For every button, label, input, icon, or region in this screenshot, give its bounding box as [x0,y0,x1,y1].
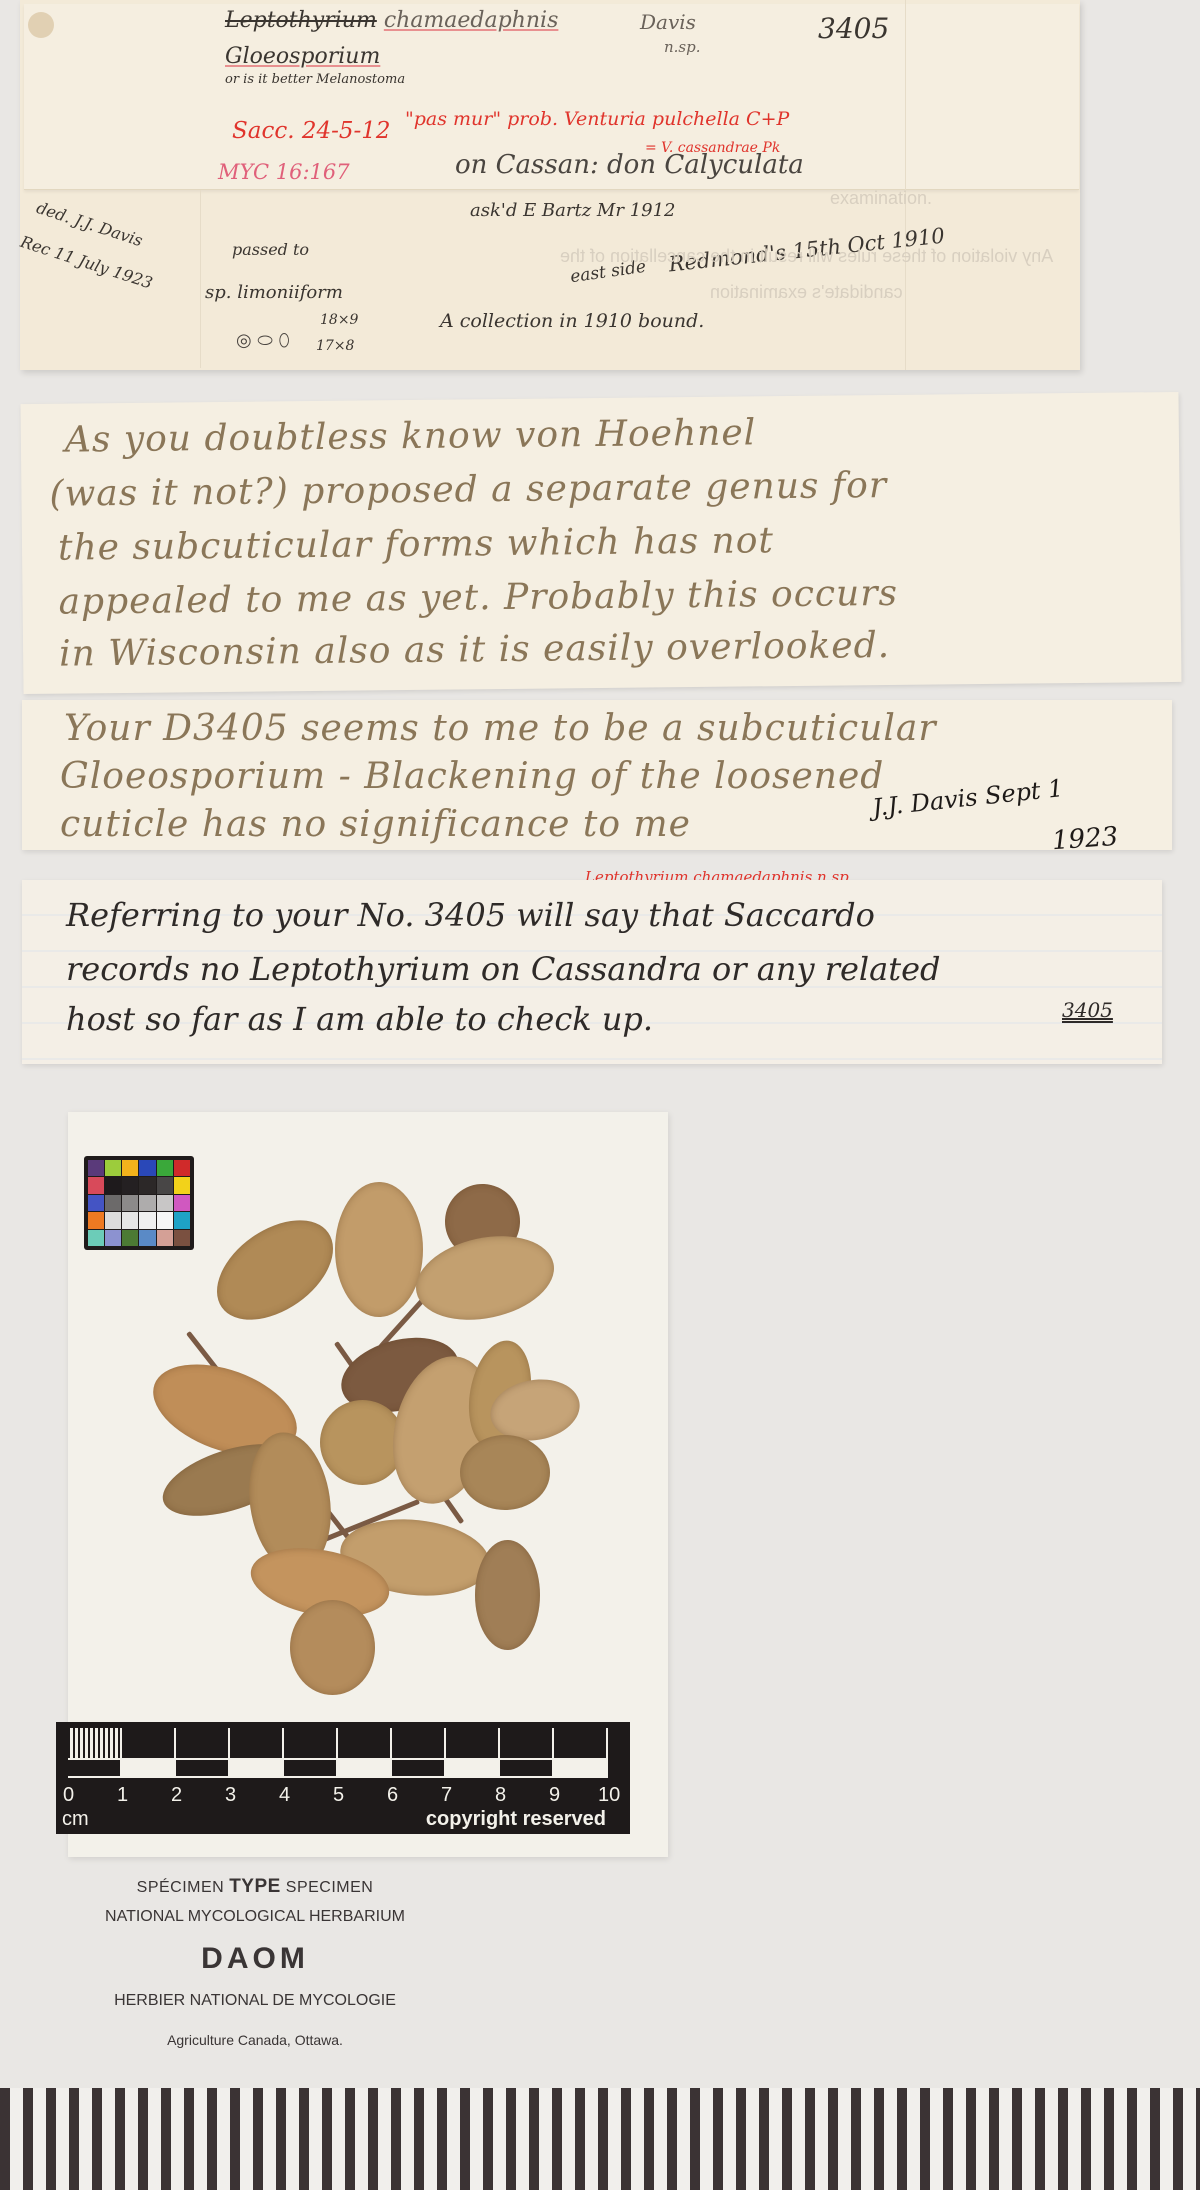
scale-tick-label: 8 [495,1784,506,1807]
color-swatch [88,1177,104,1193]
spore-sketch-icon: ◎ ⬭ ⬯ [236,330,290,351]
herbarium-acronym: DAOM [60,1942,450,1976]
herbarium-name: NATIONAL MYCOLOGICAL HERBARIUM [60,1908,450,1926]
letter-line: the subcuticular forms which has not [58,520,774,568]
letter-line: in Wisconsin also as it is easily overlo… [59,625,890,675]
color-swatch [122,1195,138,1211]
margin-number: 3405 [1062,998,1113,1022]
herbarium-name-fr: HERBIER NATIONAL DE MYCOLOGIE [60,1992,450,2010]
venturia-note: "pas mur" prob. Venturia pulchella C+P [405,108,789,130]
scale-segment [500,1760,554,1776]
type-specimen-line: SPÉCIMEN TYPE SPECIMEN [60,1876,450,1898]
scale-segment [122,1728,176,1758]
scale-tick-label: 1 [117,1784,128,1807]
scale-segment [230,1728,284,1758]
show-through-print: Any violation of these rules will result… [560,246,1053,267]
literature-reference: MYC 16:167 [218,160,350,184]
color-swatch [105,1230,121,1246]
signature: J.J. Davis Sept 1 [871,774,1065,822]
scale-segment [284,1728,338,1758]
saccardo-note: Sacc. 24-5-12 [232,118,391,144]
leaf [408,1224,562,1331]
specimen-leaves [140,1170,600,1730]
asked-note: ask'd E Bartz Mr 1912 [470,200,676,221]
letter-line: records no Leptothyrium on Cassandra or … [66,950,941,988]
color-swatch [122,1177,138,1193]
stain-mark [28,12,54,38]
color-swatch [122,1230,138,1246]
letter-slip-2: Your D3405 seems to me to be a subcuticu… [22,700,1172,850]
label-text: SPECIMEN [286,1879,374,1896]
scale-segment [284,1760,338,1776]
spore-note: passed to [232,240,309,259]
taxon-epithet: chamaedaphnis [384,8,559,33]
show-through-print: candidate's examination [710,282,903,303]
color-swatch [88,1212,104,1228]
leaf [475,1540,540,1650]
scale-segment [176,1760,230,1776]
letter-line: Referring to your No. 3405 will say that… [66,896,875,934]
genus-alternative: Gloeosporium [225,44,380,69]
barcode-stripes [0,2088,1200,2190]
scale-segment [446,1728,500,1758]
taxon-struck: Leptothyrium [225,8,377,33]
color-swatch [88,1230,104,1246]
scale-tick-label: 6 [387,1784,398,1807]
letter-line: appealed to me as yet. Probably this occ… [58,573,898,623]
spore-dimensions: 18×9 [320,312,358,328]
scale-tick-label: 4 [279,1784,290,1807]
scale-segment [338,1728,392,1758]
scale-unit: cm [62,1808,89,1831]
color-swatch [105,1212,121,1228]
institution-name: Agriculture Canada, Ottawa. [60,2032,450,2048]
color-swatch [122,1160,138,1176]
leaf [335,1182,423,1317]
scale-track [68,1728,608,1778]
taxon-status: n.sp. [664,38,701,56]
signature-year: 1923 [1051,822,1119,857]
alternative-note: or is it better Melanostoma [225,72,405,87]
letter-line: cuticle has no significance to me [60,804,691,845]
collection-note: A collection in 1910 bound. [440,310,704,332]
letter-slip-3: Referring to your No. 3405 will say that… [22,880,1162,1064]
letter-slip-1: As you doubtless know von Hoehnel (was i… [21,392,1182,694]
spore-form-note: sp. limoniiform [205,282,343,303]
scale-tick-label: 3 [225,1784,236,1807]
leaf [199,1200,351,1340]
scale-tick-label: 2 [171,1784,182,1807]
letter-line: host so far as I am able to check up. [66,1000,653,1038]
letter-line: Your D3405 seems to me to be a subcuticu… [64,708,937,749]
color-swatch [105,1177,121,1193]
color-swatch [88,1160,104,1176]
accession-number: 3405 [818,12,889,45]
scale-segment [68,1760,122,1776]
scale-segment [176,1728,230,1758]
taxon-author: Davis [640,10,696,34]
scale-bar: cm copyright reserved 012345678910 [56,1722,630,1834]
host-note: on Cassan: don Calyculata [455,150,804,180]
scale-segment [392,1728,446,1758]
scale-tick-label: 9 [549,1784,560,1807]
taxon-name: Leptothyrium chamaedaphnis [225,8,558,33]
show-through-print: examination. [830,188,932,209]
scale-segment [68,1728,122,1758]
leaf [460,1435,550,1510]
scale-tick-label: 0 [63,1784,74,1807]
color-swatch [88,1195,104,1211]
spore-dimensions: 17×8 [316,338,354,354]
leaf [290,1600,375,1695]
scale-tick-label: 7 [441,1784,452,1807]
scale-tick-label: 10 [598,1784,620,1807]
color-swatch [105,1160,121,1176]
letter-line: Gloeosporium - Blackening of the loosene… [60,756,884,797]
scale-tick-label: 5 [333,1784,344,1807]
label-text: SPÉCIMEN [137,1879,225,1896]
scale-segment [554,1728,608,1758]
scale-segment [500,1728,554,1758]
envelope-fold [200,190,201,368]
copyright-notice: copyright reserved [426,1808,606,1831]
letter-line: (was it not?) proposed a separate genus … [49,465,887,515]
type-word: TYPE [229,1876,281,1897]
color-swatch [122,1212,138,1228]
letter-line: As you doubtless know von Hoehnel [65,412,757,460]
herbarium-label: SPÉCIMEN TYPE SPECIMEN NATIONAL MYCOLOGI… [60,1876,450,2048]
envelope-fold [905,0,906,370]
scale-segment [392,1760,446,1776]
color-swatch [105,1195,121,1211]
